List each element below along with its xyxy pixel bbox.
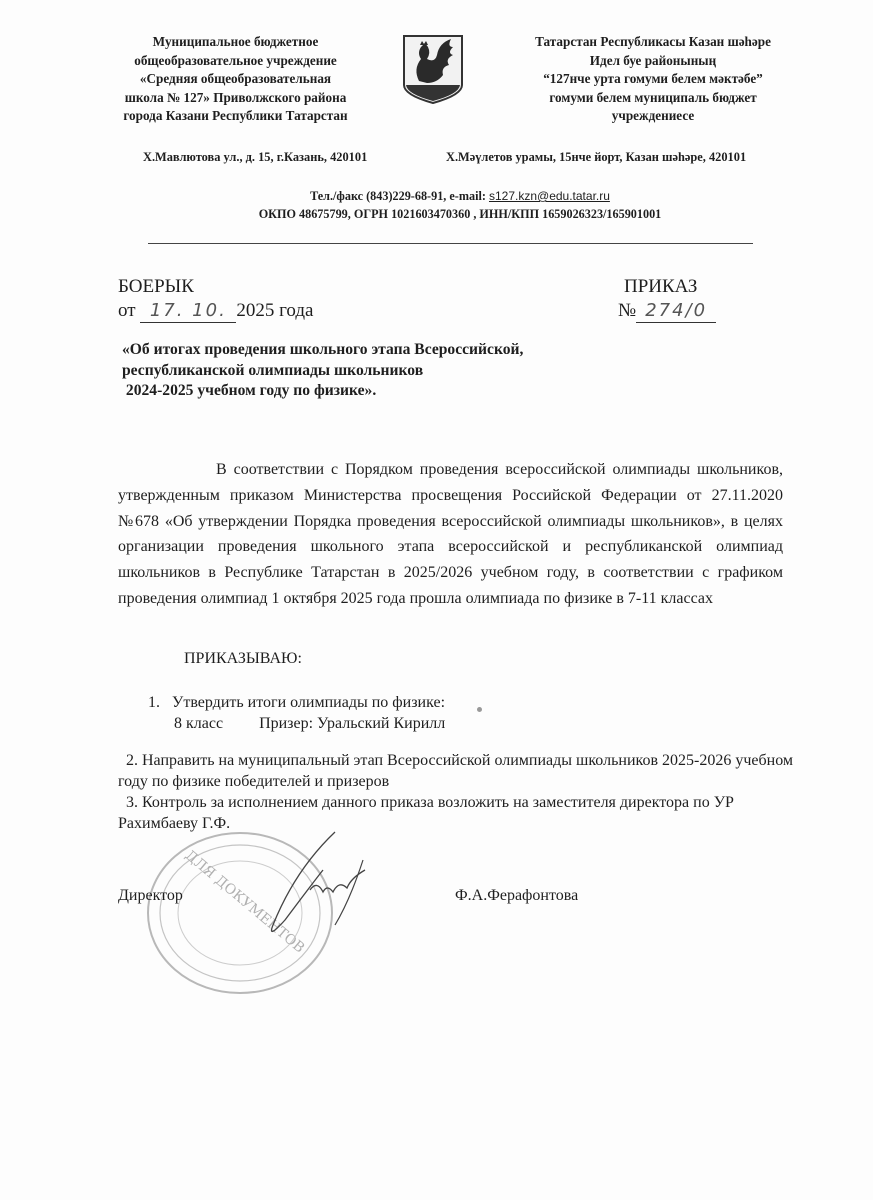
item-number: 3.: [126, 794, 138, 811]
org-line: общеобразовательное учреждение: [98, 52, 373, 71]
date-field: 17. 10.: [140, 300, 236, 323]
order-number: №274/0: [618, 300, 716, 323]
org-line: Муниципальное бюджетное: [98, 33, 373, 52]
org-line: Татарстан Республикасы Казан шәһәре: [508, 33, 798, 52]
registry-codes: ОКПО 48675799, ОГРН 1021603470360 , ИНН/…: [120, 205, 800, 223]
header-divider: [148, 243, 753, 244]
title-line: «Об итогах проведения школьного этапа Вс…: [122, 340, 523, 361]
email-link[interactable]: s127.kzn@edu.tatar.ru: [489, 189, 610, 203]
result-status: Призер: Уральский Кирилл: [259, 715, 445, 732]
item-number: 1.: [148, 694, 160, 711]
order-date: от 17. 10.2025 года: [118, 300, 313, 323]
org-name-russian: Муниципальное бюджетное общеобразователь…: [98, 33, 373, 126]
date-prefix: от: [118, 300, 136, 321]
address-russian: Х.Мавлютова ул., д. 15, г.Казань, 420101: [143, 150, 367, 165]
org-line: школа № 127» Приволжского района: [98, 89, 373, 108]
order-title: «Об итогах проведения школьного этапа Вс…: [122, 340, 523, 402]
contact-block: Тел./факс (843)229-68-91, e-mail: s127.k…: [120, 187, 800, 223]
order-item-1: 1. Утвердить итоги олимпиады по физике:: [148, 692, 445, 713]
org-line: города Казани Республики Татарстан: [98, 107, 373, 126]
number-field: 274/0: [636, 300, 716, 323]
order-word: ПРИКАЗЫВАЮ:: [184, 650, 302, 668]
order-item-2: 2. Направить на муниципальный этап Всеро…: [118, 750, 808, 792]
item-text: Утвердить итоги олимпиады по физике:: [172, 694, 445, 711]
item-text: Направить на муниципальный этап Всеросси…: [118, 752, 793, 790]
signer-name: Ф.А.Ферафонтова: [455, 887, 578, 905]
title-line: 2024-2025 учебном году по физике».: [122, 381, 523, 402]
org-line: «Средняя общеобразовательная: [98, 70, 373, 89]
org-line: “127нче урта гомуми белем мәктәбе”: [508, 70, 798, 89]
title-line: республиканской олимпиады школьников: [122, 361, 523, 382]
date-suffix: 2025 года: [236, 300, 313, 321]
result-row: 8 класс Призер: Уральский Кирилл: [174, 713, 445, 734]
handwritten-date: 17. 10.: [150, 300, 227, 321]
signer-role: Директор: [118, 887, 183, 905]
boeryk-label: БОЕРЫК: [118, 276, 194, 298]
item-number: 2.: [126, 752, 138, 769]
org-line: гомуми белем муниципаль бюджет: [508, 89, 798, 108]
handwritten-number: 274/0: [645, 300, 707, 321]
address-tatar: Х.Мәүлетов урамы, 15нче йорт, Казан шәһә…: [446, 150, 746, 165]
org-name-tatar: Татарстан Республикасы Казан шәһәре Идел…: [508, 33, 798, 126]
preamble-paragraph: В соответствии с Порядком проведения все…: [118, 457, 783, 612]
scan-speck: [477, 707, 482, 712]
prikaz-label: ПРИКАЗ: [624, 276, 697, 298]
kazan-coat-of-arms-icon: [401, 33, 465, 105]
signature-icon: [255, 830, 395, 945]
number-prefix: №: [618, 300, 636, 321]
result-grade: 8 класс: [174, 715, 223, 732]
org-line: учреждениесе: [508, 107, 798, 126]
phone-fax: Тел./факс (843)229-68-91, e-mail:: [310, 189, 489, 203]
org-line: Идел буе районының: [508, 52, 798, 71]
